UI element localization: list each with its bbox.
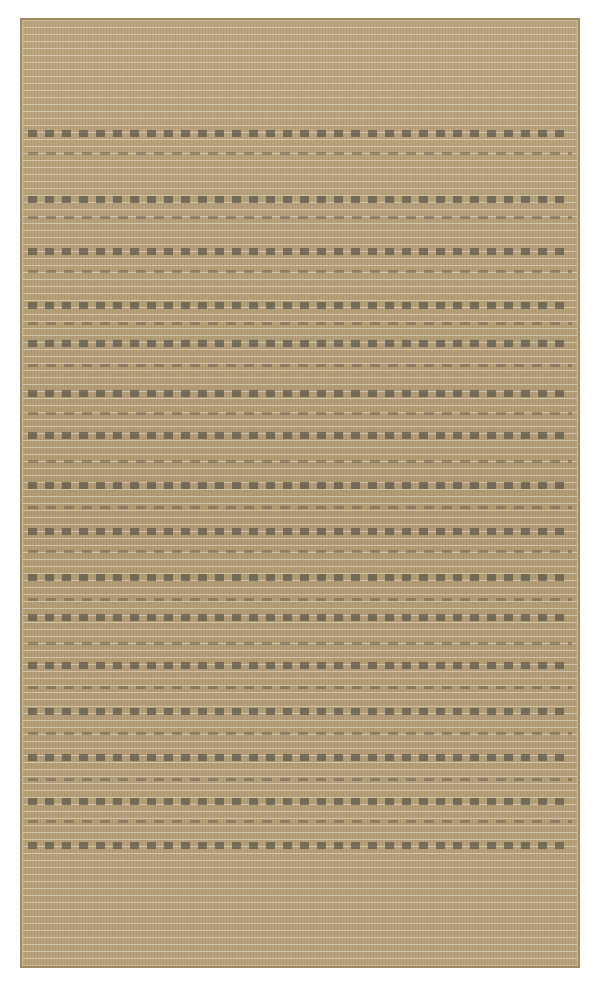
pattern-stripe <box>28 550 572 553</box>
pattern-stripe <box>28 642 572 645</box>
pattern-stripe <box>28 248 572 255</box>
pattern-stripe <box>28 152 572 155</box>
pattern-stripe <box>28 662 572 669</box>
pattern-stripe <box>28 432 572 439</box>
pattern-stripe <box>28 820 572 823</box>
pattern-stripe <box>28 412 572 415</box>
pattern-stripe <box>28 574 572 581</box>
pattern-stripe <box>28 506 572 509</box>
pattern-stripe <box>28 364 572 367</box>
pattern-stripe <box>28 732 572 735</box>
pattern-stripe <box>28 460 572 463</box>
pattern-stripe <box>28 686 572 689</box>
rug: Beige woven rug with dark dash stripe pa… <box>20 18 580 968</box>
pattern-stripe <box>28 528 572 535</box>
pattern-stripe <box>28 216 572 219</box>
pattern-stripe <box>28 196 572 203</box>
pattern-stripe <box>28 842 572 849</box>
pattern-stripe <box>28 754 572 761</box>
pattern-stripe <box>28 340 572 347</box>
pattern-stripe <box>28 708 572 715</box>
pattern-stripe <box>28 598 572 601</box>
pattern-stripe <box>28 130 572 137</box>
pattern-stripe <box>28 322 572 325</box>
pattern-stripe <box>28 798 572 805</box>
pattern-stripe <box>28 270 572 273</box>
pattern-stripe <box>28 778 572 781</box>
pattern-stripe <box>28 302 572 309</box>
pattern-stripe <box>28 614 572 621</box>
pattern-stripe <box>28 390 572 397</box>
pattern-stripe <box>28 482 572 489</box>
